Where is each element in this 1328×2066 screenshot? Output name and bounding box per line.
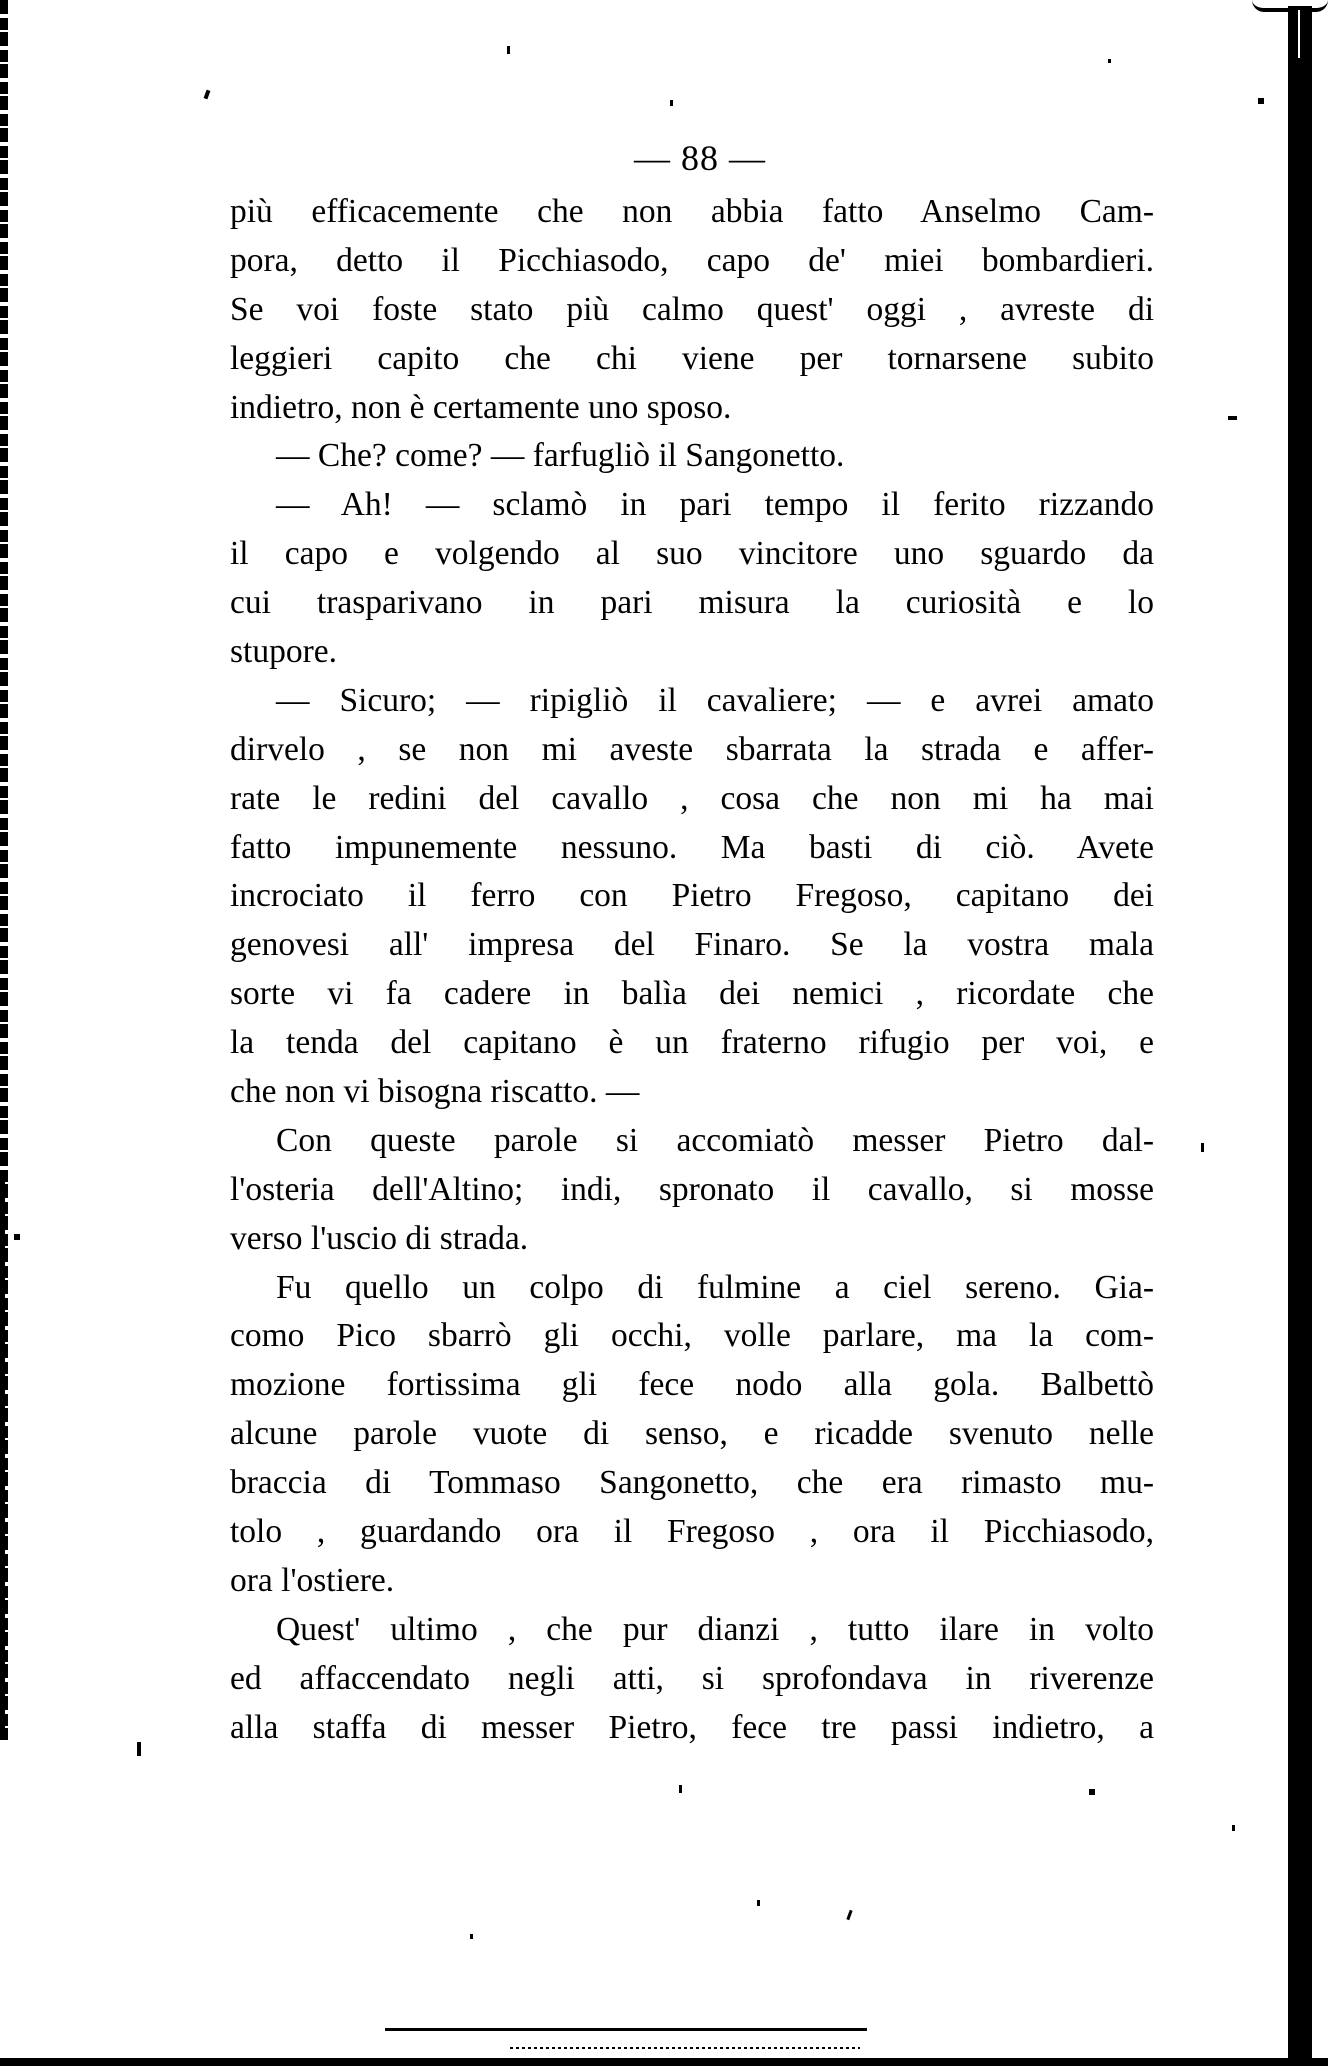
scan-right-border <box>1288 6 1312 2060</box>
text-line: — Sicuro; — ripigliò il cavaliere; — e a… <box>230 677 1154 726</box>
text-line: como Pico sbarrò gli occhi, volle parlar… <box>230 1312 1154 1361</box>
text-line: ora l'ostiere. <box>230 1557 1154 1606</box>
text-line: tolo , guardando ora il Fregoso , ora il… <box>230 1508 1154 1557</box>
scan-speck <box>204 90 211 100</box>
text-line: — Che? come? — farfugliò il Sangonetto. <box>230 432 1154 481</box>
text-line: fatto impunemente nessuno. Ma basti di c… <box>230 824 1154 873</box>
scan-speck <box>1108 59 1111 63</box>
text-line: più efficacemente che non abbia fatto An… <box>230 188 1154 237</box>
text-line: — Ah! — sclamò in pari tempo il ferito r… <box>230 481 1154 530</box>
scan-bottom-border <box>0 2058 1328 2066</box>
text-line: l'osteria dell'Altino; indi, spronato il… <box>230 1166 1154 1215</box>
body-text: più efficacemente che non abbia fatto An… <box>230 188 1154 1753</box>
scan-speck <box>1201 1143 1204 1152</box>
text-line: indietro, non è certamente uno sposo. <box>230 384 1154 433</box>
scan-right-border-gap <box>1298 10 1300 58</box>
text-line: dirvelo , se non mi aveste sbarrata la s… <box>230 726 1154 775</box>
scan-speck <box>137 1742 141 1756</box>
text-line: Quest' ultimo , che pur dianzi , tutto i… <box>230 1606 1154 1655</box>
text-line: Con queste parole si accomiatò messer Pi… <box>230 1117 1154 1166</box>
text-line: leggieri capito che chi viene per tornar… <box>230 335 1154 384</box>
text-line: incrociato il ferro con Pietro Fregoso, … <box>230 872 1154 921</box>
text-line: la tenda del capitano è un fraterno rifu… <box>230 1019 1154 1068</box>
text-line: genovesi all' impresa del Finaro. Se la … <box>230 921 1154 970</box>
scan-bottom-rule <box>385 2028 867 2031</box>
text-line: sorte vi fa cadere in balìa dei nemici ,… <box>230 970 1154 1019</box>
scan-speck <box>757 1900 760 1906</box>
text-line: pora, detto il Picchiasodo, capo de' mie… <box>230 237 1154 286</box>
scan-speck <box>507 46 510 54</box>
text-line: il capo e volgendo al suo vincitore uno … <box>230 530 1154 579</box>
text-line: cui trasparivano in pari misura la curio… <box>230 579 1154 628</box>
scan-bottom-noise <box>510 2047 860 2049</box>
scan-left-edge-lower <box>0 1180 5 1740</box>
text-line: che non vi bisogna riscatto. — <box>230 1068 1154 1117</box>
text-line: Se voi foste stato più calmo quest' oggi… <box>230 286 1154 335</box>
page-number: — 88 — <box>0 138 1328 178</box>
text-line: braccia di Tommaso Sangonetto, che era r… <box>230 1459 1154 1508</box>
scan-speck <box>846 1910 852 1920</box>
text-line: alla staffa di messer Pietro, fece tre p… <box>230 1704 1154 1753</box>
text-line: stupore. <box>230 628 1154 677</box>
text-line: verso l'uscio di strada. <box>230 1215 1154 1264</box>
scan-speck <box>679 1785 682 1793</box>
text-line: alcune parole vuote di senso, e ricadde … <box>230 1410 1154 1459</box>
scan-speck <box>1258 98 1264 104</box>
scan-speck <box>470 1934 473 1939</box>
text-line: ed affaccendato negli atti, si sprofonda… <box>230 1655 1154 1704</box>
scan-speck <box>14 1234 20 1240</box>
text-line: rate le redini del cavallo , cosa che no… <box>230 775 1154 824</box>
scan-speck <box>670 100 673 106</box>
scan-speck <box>1232 1825 1235 1831</box>
text-line: Fu quello un colpo di fulmine a ciel ser… <box>230 1264 1154 1313</box>
scan-speck <box>1228 416 1237 420</box>
scan-speck <box>1089 1789 1095 1795</box>
text-line: mozione fortissima gli fece nodo alla go… <box>230 1361 1154 1410</box>
